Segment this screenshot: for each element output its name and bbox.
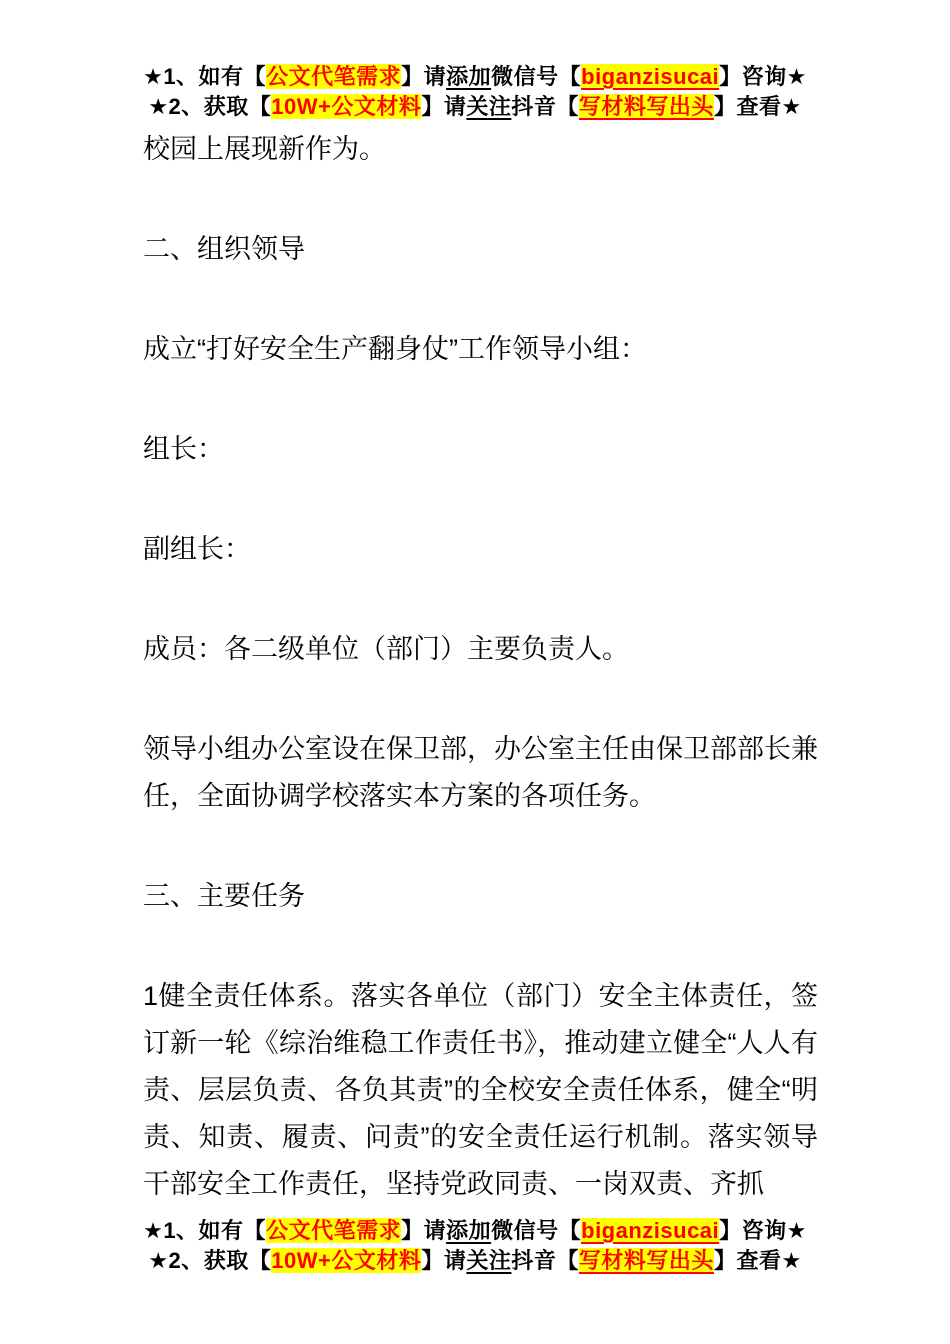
- promo-line: ★1、如有【公文代笔需求】请添加微信号【biganzisucai】咨询★: [0, 62, 950, 92]
- body-paragraph: 成立“打好安全生产翻身仗”工作领导小组：: [143, 326, 818, 373]
- body-paragraph: 校园上展现新作为。: [143, 126, 818, 173]
- body-paragraph: 组长：: [143, 426, 818, 473]
- promo-text: ★1、如有【: [143, 1218, 266, 1243]
- promo-text: 】咨询★: [719, 64, 807, 89]
- promo-text: ★2、获取【: [148, 94, 271, 119]
- promo-text: 】查看★: [714, 1248, 802, 1273]
- promo-text: 】查看★: [714, 94, 802, 119]
- promo-highlight-text: 公文代笔需求: [266, 1218, 401, 1243]
- body-paragraph: 1健全责任体系。落实各单位（部门）安全主体责任，签订新一轮《综治维稳工作责任书》…: [143, 973, 818, 1208]
- promo-highlight-text: 10W+公文材料: [271, 94, 421, 119]
- promo-text: ★2、获取【: [148, 1248, 271, 1273]
- promo-highlight-text: 10W+公文材料: [271, 1248, 421, 1273]
- promo-highlight-text: biganzisucai: [581, 64, 719, 89]
- document-body: 校园上展现新作为。二、组织领导成立“打好安全生产翻身仗”工作领导小组：组长：副组…: [0, 122, 950, 1208]
- section-heading: 二、组织领导: [143, 226, 818, 273]
- document-page: ★1、如有【公文代笔需求】请添加微信号【biganzisucai】咨询★★2、获…: [0, 0, 950, 1344]
- promo-text: 】请: [421, 94, 466, 119]
- body-paragraph: 成员：各二级单位（部门）主要负责人。: [143, 626, 818, 673]
- promo-banner-top: ★1、如有【公文代笔需求】请添加微信号【biganzisucai】咨询★★2、获…: [0, 0, 950, 122]
- promo-line: ★1、如有【公文代笔需求】请添加微信号【biganzisucai】咨询★: [0, 1216, 950, 1246]
- promo-line: ★2、获取【10W+公文材料】请关注抖音【写材料写出头】查看★: [0, 1246, 950, 1276]
- promo-highlight-text: 写材料写出头: [579, 94, 714, 119]
- promo-text: 】请: [401, 1218, 446, 1243]
- promo-highlight-text: biganzisucai: [581, 1218, 719, 1243]
- promo-text: ★1、如有【: [143, 64, 266, 89]
- promo-text: 抖音【: [511, 94, 579, 119]
- promo-text: 】请: [401, 64, 446, 89]
- promo-text: 抖音【: [511, 1248, 579, 1273]
- promo-underline-text: 添加: [446, 64, 491, 89]
- promo-banner-bottom: ★1、如有【公文代笔需求】请添加微信号【biganzisucai】咨询★★2、获…: [0, 1214, 950, 1276]
- body-paragraph: 副组长：: [143, 526, 818, 573]
- promo-highlight-text: 公文代笔需求: [266, 64, 401, 89]
- promo-underline-text: 添加: [446, 1218, 491, 1243]
- promo-text: 】咨询★: [719, 1218, 807, 1243]
- promo-text: 】请: [421, 1248, 466, 1273]
- promo-underline-text: 关注: [466, 94, 511, 119]
- section-heading: 三、主要任务: [143, 873, 818, 920]
- promo-highlight-text: 写材料写出头: [579, 1248, 714, 1273]
- promo-line: ★2、获取【10W+公文材料】请关注抖音【写材料写出头】查看★: [0, 92, 950, 122]
- promo-text: 微信号【: [491, 1218, 581, 1243]
- promo-text: 微信号【: [491, 64, 581, 89]
- promo-underline-text: 关注: [466, 1248, 511, 1273]
- body-paragraph: 领导小组办公室设在保卫部，办公室主任由保卫部部长兼任，全面协调学校落实本方案的各…: [143, 726, 818, 820]
